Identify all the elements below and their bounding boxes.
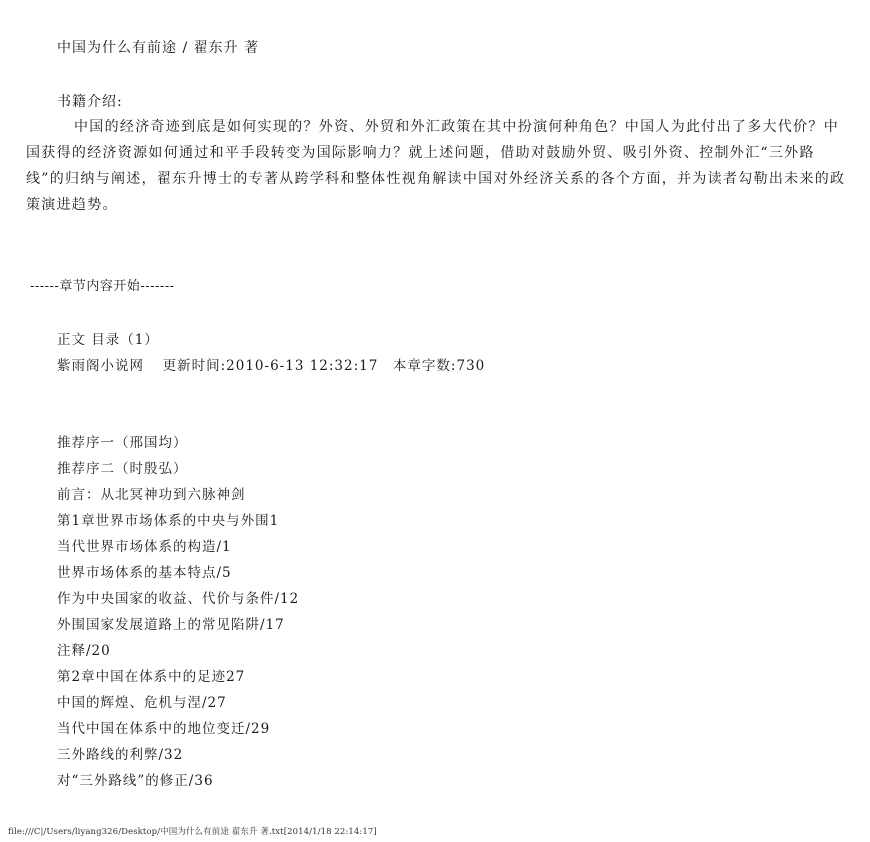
book-title: 中国为什么有前途 / 翟东升 著 xyxy=(57,37,259,57)
print-timestamp: [2014/1/18 22:14:17] xyxy=(284,827,377,837)
chapter-start-separator: ------章节内容开始------- xyxy=(30,275,175,294)
toc-item-label: 三外路线的利弊/32 xyxy=(57,747,183,763)
toc-item: 作为中央国家的收益、代价与条件/12 xyxy=(57,586,299,612)
toc-item: 三外路线的利弊/32 xyxy=(57,742,299,768)
toc-item: 前言：从北冥神功到六脉神剑 xyxy=(57,482,299,508)
toc-item-label: 推荐序二（时殷弘） xyxy=(57,461,188,477)
toc-item-label: 世界市场体系的基本特点/5 xyxy=(57,565,232,581)
toc-item: 外围国家发展道路上的常见陷阱/17 xyxy=(57,612,299,638)
toc-item: 注释/20 xyxy=(57,638,299,664)
toc-item: 中国的辉煌、危机与涅/27 xyxy=(57,690,299,716)
toc-item: 当代中国在体系中的地位变迁/29 xyxy=(57,716,299,742)
toc-item-label: 外围国家发展道路上的常见陷阱/17 xyxy=(57,617,285,633)
chapter-heading: 正文 目录（1） xyxy=(57,328,159,348)
toc-item: 第1章世界市场体系的中央与外围1 xyxy=(57,508,299,534)
toc-item: 世界市场体系的基本特点/5 xyxy=(57,560,299,586)
toc-item-label: 作为中央国家的收益、代价与条件/12 xyxy=(57,591,299,607)
toc-item: 对“三外路线”的修正/36 xyxy=(57,768,299,794)
table-of-contents: 推荐序一（邢国均） 推荐序二（时殷弘） 前言：从北冥神功到六脉神剑 第1章世界市… xyxy=(57,430,299,794)
toc-item: 当代世界市场体系的构造/1 xyxy=(57,534,299,560)
toc-item-label: 前言：从北冥神功到六脉神剑 xyxy=(57,487,246,503)
toc-item-label: 第2章中国在体系中的足迹27 xyxy=(57,669,245,685)
intro-label: 书籍介绍: xyxy=(57,91,123,111)
toc-item-label: 注释/20 xyxy=(57,643,111,659)
print-footer: file:///C|/Users/liyang326/Desktop/中国为什么… xyxy=(8,825,377,837)
toc-item: 推荐序一（邢国均） xyxy=(57,430,299,456)
chapter-meta: 紫雨阁小说网 更新时间:2010-6-13 12:32:17 本章字数:730 xyxy=(57,354,485,374)
toc-item-label: 推荐序一（邢国均） xyxy=(57,435,188,451)
wordcount-value: 730 xyxy=(456,358,485,374)
updated-label: 更新时间: xyxy=(163,358,227,374)
toc-item-label: 对“三外路线”的修正/36 xyxy=(57,773,214,789)
source-site: 紫雨阁小说网 xyxy=(57,358,144,374)
document-page: 中国为什么有前途 / 翟东升 著 书籍介绍: 中国的经济奇迹到底是如何实现的？外… xyxy=(0,0,870,842)
toc-item-label: 第1章世界市场体系的中央与外围1 xyxy=(57,513,279,529)
toc-item: 推荐序二（时殷弘） xyxy=(57,456,299,482)
toc-item-label: 当代世界市场体系的构造/1 xyxy=(57,539,232,555)
file-path: file:///C|/Users/liyang326/Desktop/中国为什么… xyxy=(8,827,284,837)
wordcount-label: 本章字数: xyxy=(393,358,457,374)
toc-item-label: 中国的辉煌、危机与涅/27 xyxy=(57,695,227,711)
toc-item: 第2章中国在体系中的足迹27 xyxy=(57,664,299,690)
intro-body: 中国的经济奇迹到底是如何实现的？外资、外贸和外汇政策在其中扮演何种角色？中国人为… xyxy=(26,114,846,218)
updated-value: 2010-6-13 12:32:17 xyxy=(226,358,378,374)
toc-item-label: 当代中国在体系中的地位变迁/29 xyxy=(57,721,270,737)
